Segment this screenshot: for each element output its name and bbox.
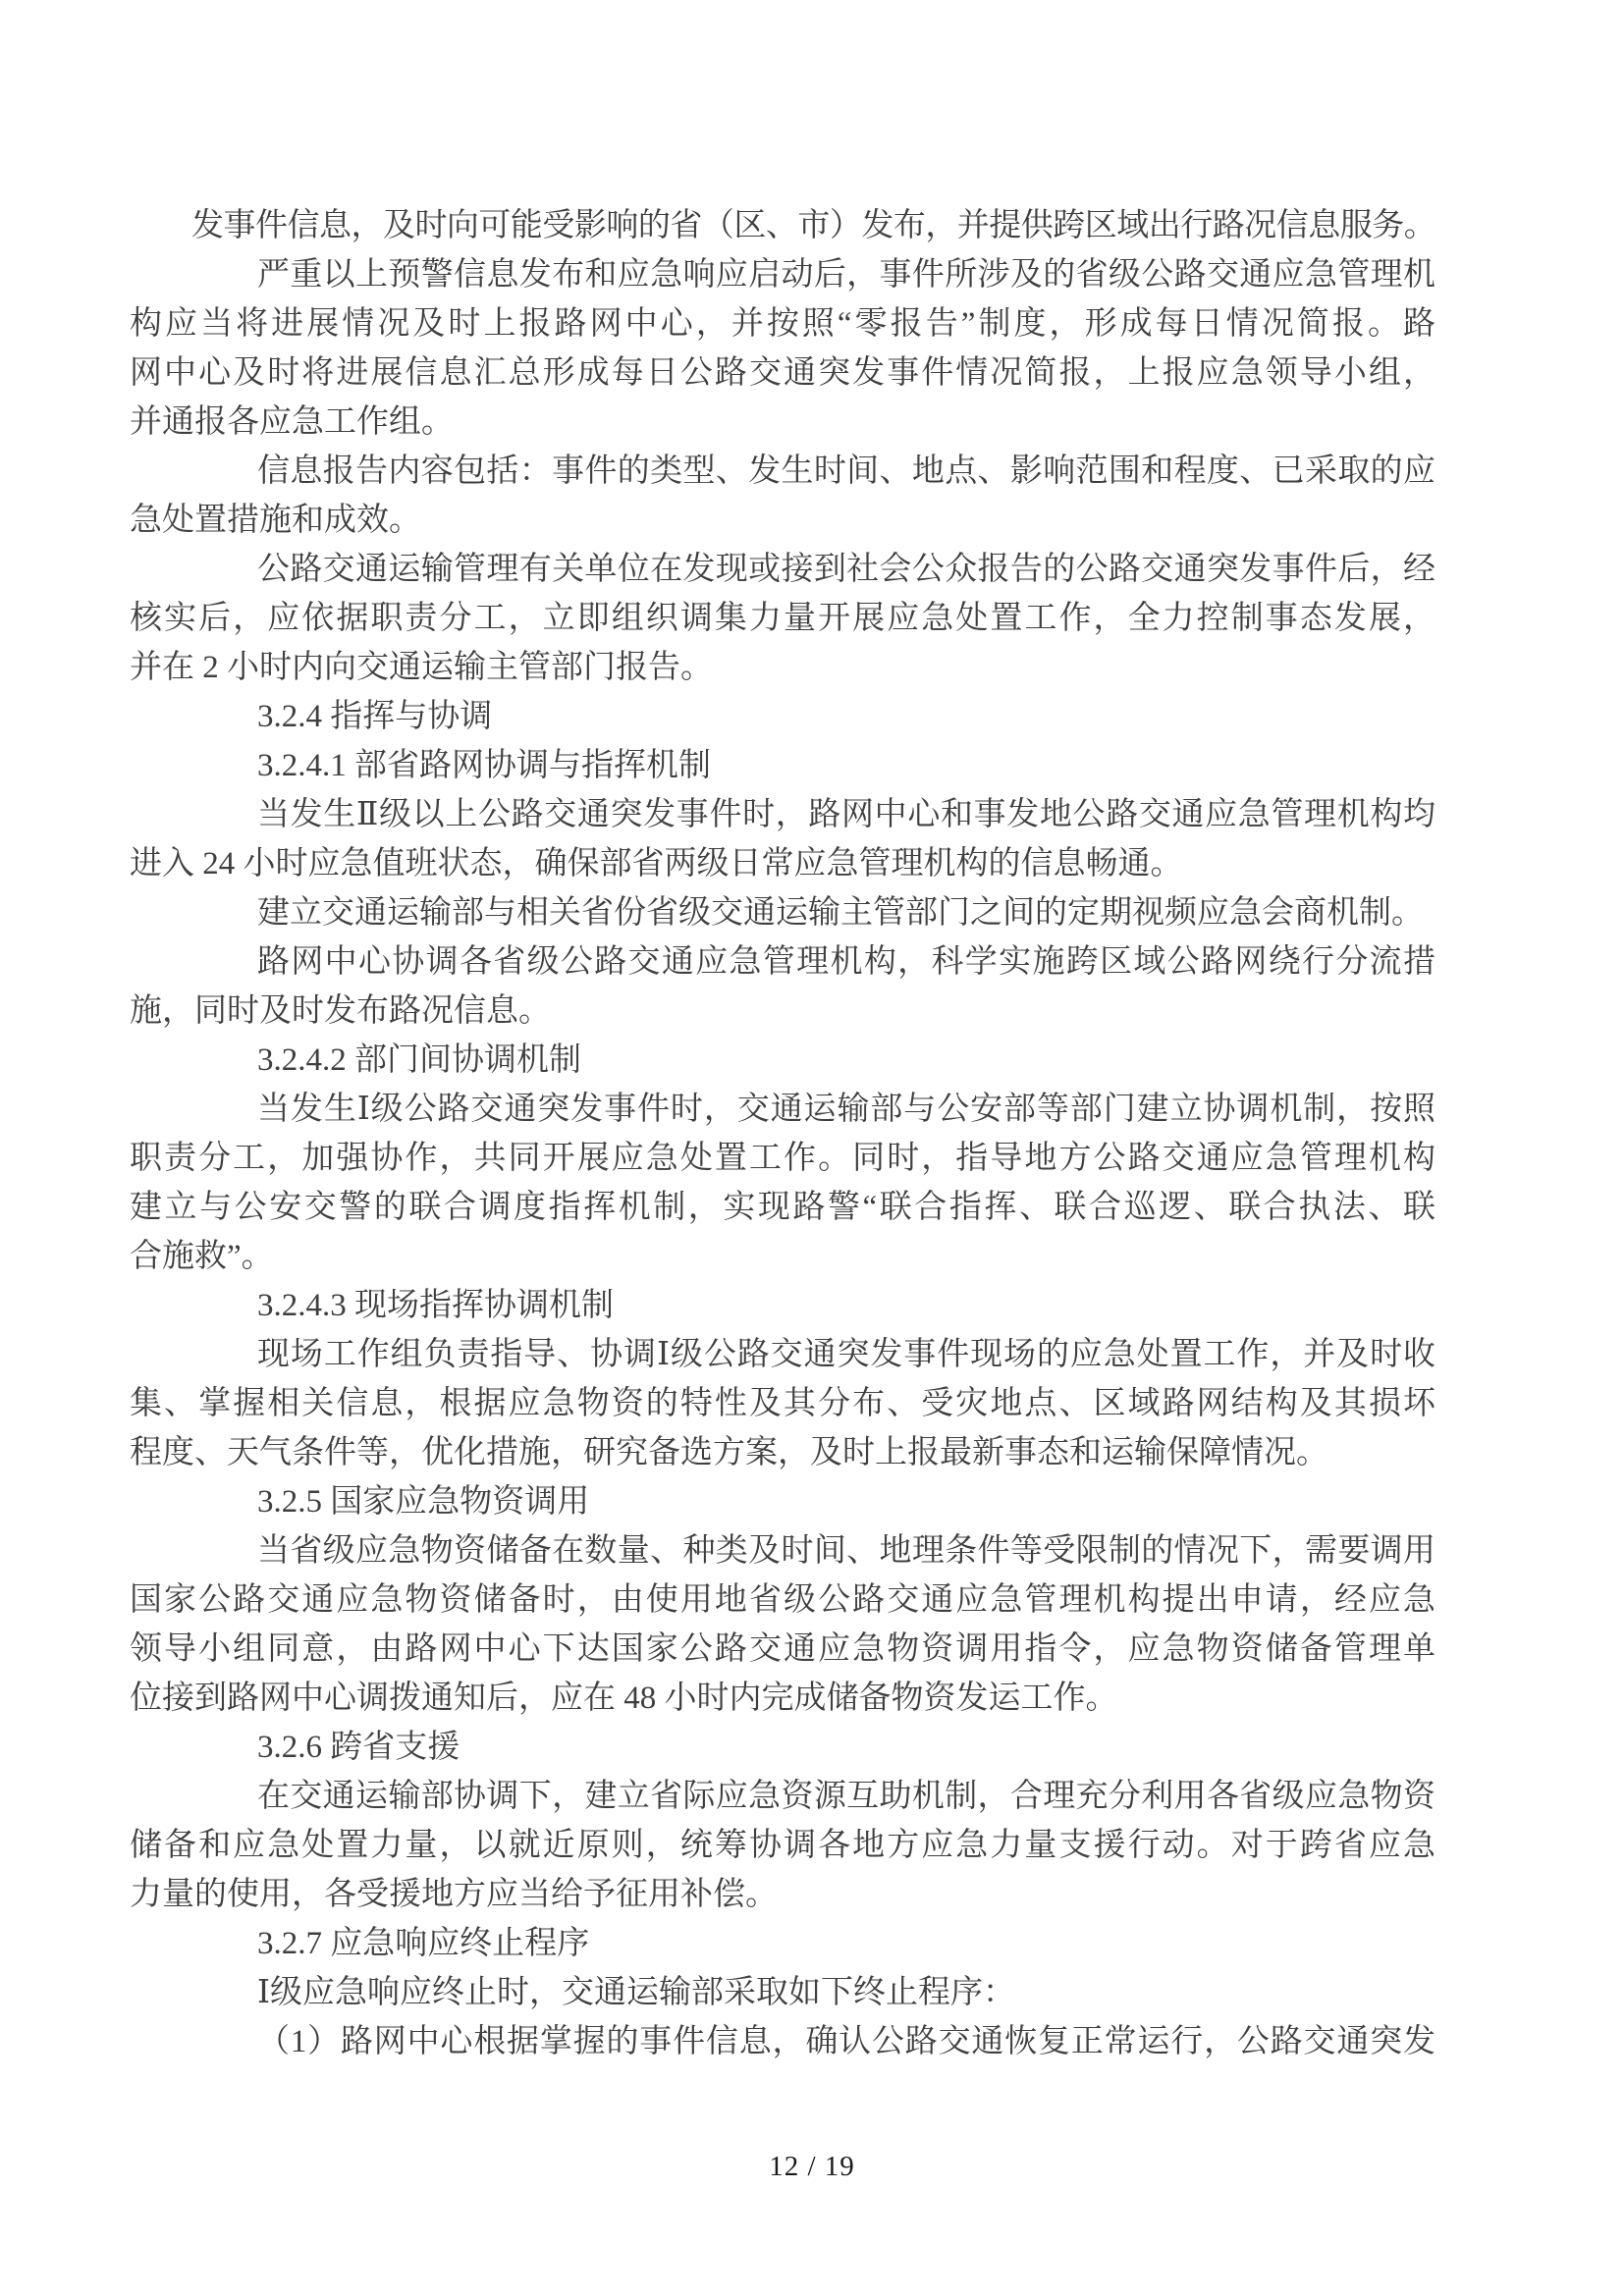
text-line: （1）路网中心根据掌握的事件信息，确认公路交通恢复正常运行，公路交通突发 — [130, 2017, 1435, 2066]
text-line: 3.2.6 跨省支援 — [130, 1723, 1435, 1772]
text-line: 3.2.4.3 现场指挥协调机制 — [130, 1281, 1435, 1330]
text-line: 进入 24 小时应急值班状态，确保部省两级日常应急管理机构的信息畅通。 — [130, 839, 1435, 888]
text-line: 公路交通运输管理有关单位在发现或接到社会公众报告的公路交通突发事件后，经 — [130, 545, 1435, 594]
text-line: 职责分工，加强协作，共同开展应急处置工作。同时，指导地方公路交通应急管理机构 — [130, 1134, 1435, 1183]
text-line: 3.2.4.1 部省路网协调与指挥机制 — [130, 741, 1435, 790]
text-line: 储备和应急处置力量，以就近原则，统筹协调各地方应急力量支援行动。对于跨省应急 — [130, 1821, 1435, 1870]
text-line: 发事件信息，及时向可能受影响的省（区、市）发布，并提供跨区域出行路况信息服务。 — [130, 201, 1435, 250]
text-line: 急处置措施和成效。 — [130, 496, 1435, 545]
text-line: 3.2.4.2 部门间协调机制 — [130, 1036, 1435, 1085]
text-line: 3.2.7 应急响应终止程序 — [130, 1919, 1435, 1968]
text-line: 施，同时及时发布路况信息。 — [130, 987, 1435, 1036]
text-line: 位接到路网中心调拨通知后，应在 48 小时内完成储备物资发运工作。 — [130, 1674, 1435, 1723]
text-line: 在交通运输部协调下，建立省际应急资源互助机制，合理充分利用各省级应急物资 — [130, 1772, 1435, 1821]
text-line: 3.2.4 指挥与协调 — [130, 692, 1435, 741]
text-line: 国家公路交通应急物资储备时，由使用地省级公路交通应急管理机构提出申请，经应急 — [130, 1575, 1435, 1625]
text-line: 核实后，应依据职责分工，立即组织调集力量开展应急处置工作，全力控制事态发展， — [130, 594, 1435, 643]
page-number: 12 / 19 — [769, 2151, 855, 2182]
text-line: 路网中心协调各省级公路交通应急管理机构，科学实施跨区域公路网绕行分流措 — [130, 937, 1435, 987]
text-line: 当发生Ⅰ级公路交通突发事件时，交通运输部与公安部等部门建立协调机制，按照 — [130, 1085, 1435, 1134]
text-line: 并在 2 小时内向交通运输主管部门报告。 — [130, 643, 1435, 692]
page-footer: 12 / 19 — [0, 2142, 1624, 2191]
text-line: 力量的使用，各受援地方应当给予征用补偿。 — [130, 1870, 1435, 1919]
text-line: 并通报各应急工作组。 — [130, 398, 1435, 447]
text-line: 3.2.5 国家应急物资调用 — [130, 1477, 1435, 1526]
text-line: 建立与公安交警的联合调度指挥机制，实现路警“联合指挥、联合巡逻、联合执法、联 — [130, 1183, 1435, 1232]
text-line: 信息报告内容包括：事件的类型、发生时间、地点、影响范围和程度、已采取的应 — [130, 447, 1435, 496]
text-line: Ⅰ级应急响应终止时，交通运输部采取如下终止程序： — [130, 1968, 1435, 2017]
text-line: 严重以上预警信息发布和应急响应启动后，事件所涉及的省级公路交通应急管理机 — [130, 250, 1435, 299]
text-line: 合施救”。 — [130, 1232, 1435, 1281]
text-line: 当省级应急物资储备在数量、种类及时间、地理条件等受限制的情况下，需要调用 — [130, 1526, 1435, 1575]
document-body: 发事件信息，及时向可能受影响的省（区、市）发布，并提供跨区域出行路况信息服务。严… — [130, 201, 1435, 2066]
text-line: 当发生Ⅱ级以上公路交通突发事件时，路网中心和事发地公路交通应急管理机构均 — [130, 790, 1435, 839]
document-page: 发事件信息，及时向可能受影响的省（区、市）发布，并提供跨区域出行路况信息服务。严… — [0, 0, 1624, 2296]
text-line: 网中心及时将进展信息汇总形成每日公路交通突发事件情况简报，上报应急领导小组， — [130, 348, 1435, 398]
text-line: 构应当将进展情况及时上报路网中心，并按照“零报告”制度，形成每日情况简报。路 — [130, 299, 1435, 348]
text-line: 建立交通运输部与相关省份省级交通运输主管部门之间的定期视频应急会商机制。 — [130, 888, 1435, 937]
text-line: 程度、天气条件等，优化措施，研究备选方案，及时上报最新事态和运输保障情况。 — [130, 1428, 1435, 1477]
text-line: 现场工作组负责指导、协调Ⅰ级公路交通突发事件现场的应急处置工作，并及时收 — [130, 1330, 1435, 1379]
text-line: 领导小组同意，由路网中心下达国家公路交通应急物资调用指令，应急物资储备管理单 — [130, 1625, 1435, 1674]
text-line: 集、掌握相关信息，根据应急物资的特性及其分布、受灾地点、区域路网结构及其损坏 — [130, 1379, 1435, 1428]
